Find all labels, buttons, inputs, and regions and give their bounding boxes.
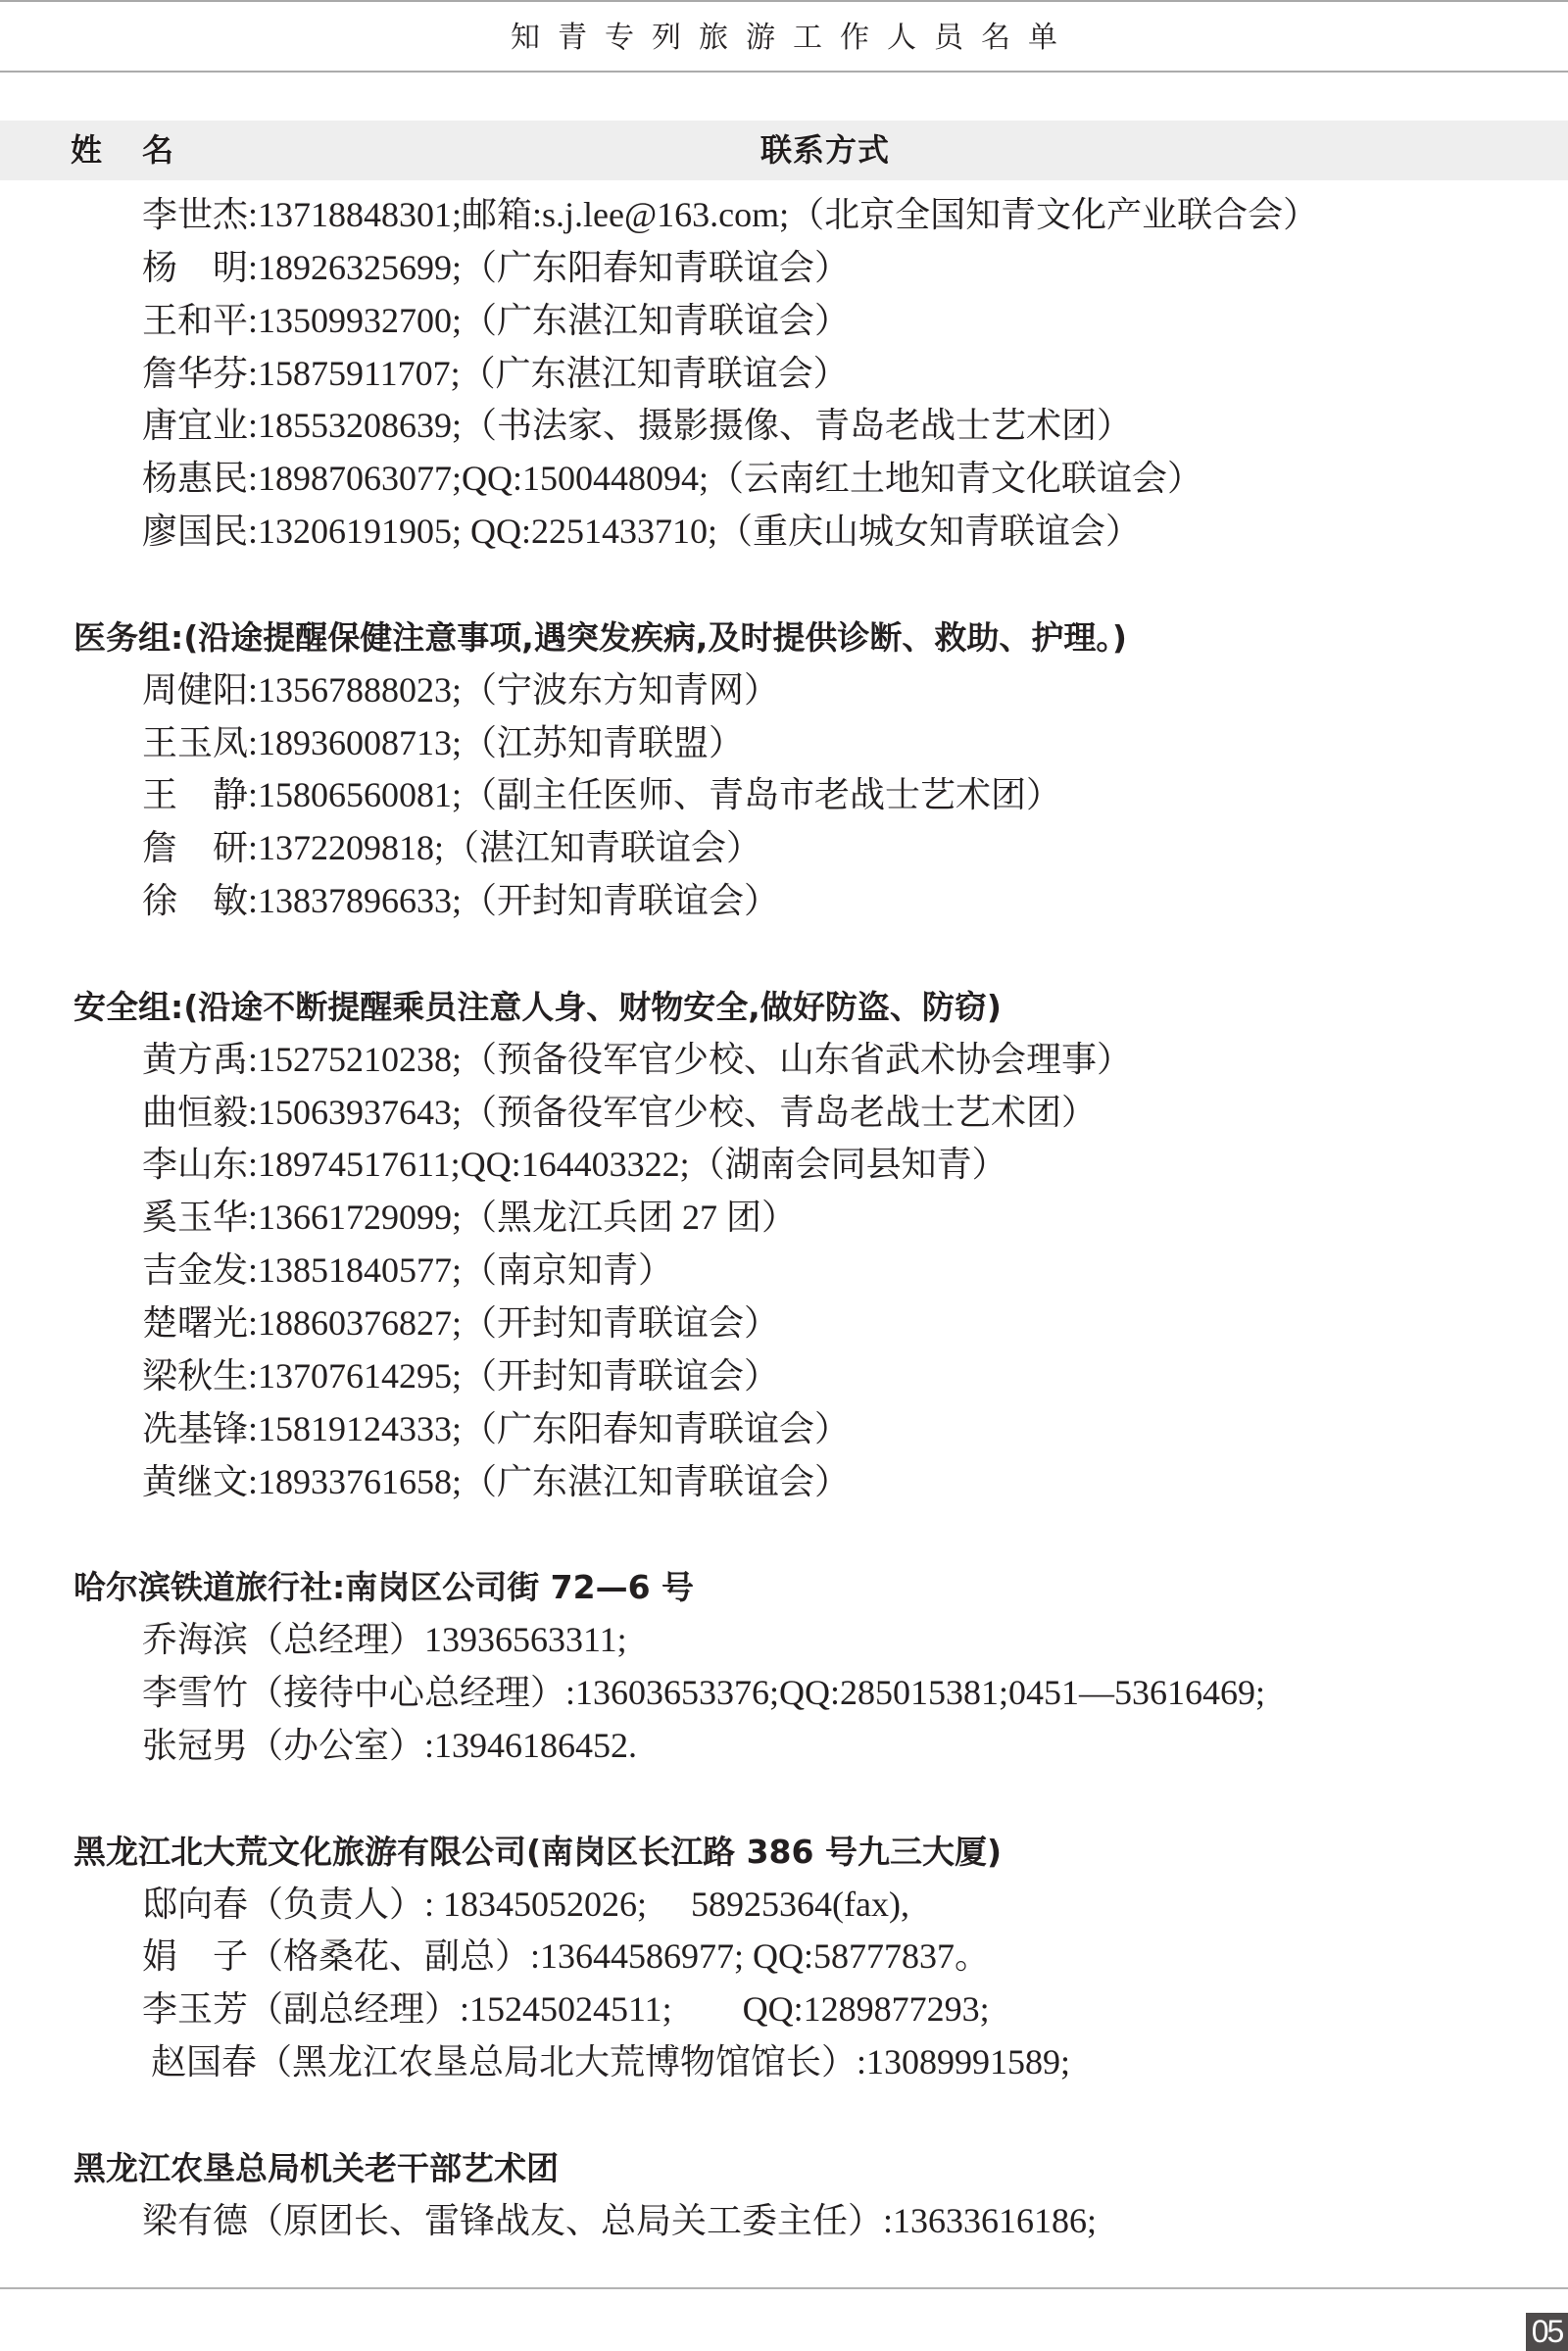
page-title: 知青专列旅游工作人员名单: [0, 19, 1568, 58]
section-spacer: [0, 1773, 1568, 1826]
column-header-name-char-2: 名: [142, 121, 173, 180]
contact-entry: 李世杰:13718848301;邮箱:s.j.lee@163.com;（北京全国…: [0, 189, 1568, 242]
contact-entry: 吉金发:13851840577;（南京知青）: [0, 1245, 1568, 1298]
contact-entry: 张冠男（办公室）:13946186452.: [0, 1720, 1568, 1773]
contact-entry: 奚玉华:13661729099;（黑龙江兵团 27 团）: [0, 1192, 1568, 1245]
top-rule: [0, 0, 1568, 2]
section-heading: 哈尔滨铁道旅行社:南岗区公司街 72—6 号: [0, 1561, 1568, 1614]
contact-entry: 黄继文:18933761658;（广东湛江知青联谊会）: [0, 1456, 1568, 1509]
section-heading: 医务组:(沿途提醒保健注意事项,遇突发疾病,及时提供诊断、救助、护理。): [0, 612, 1568, 664]
contact-entry: 梁秋生:13707614295;（开封知青联谊会）: [0, 1350, 1568, 1403]
section-beidahuang-company: 黑龙江北大荒文化旅游有限公司(南岗区长江路 386 号九三大厦) 邸向春（负责人…: [0, 1826, 1568, 2089]
section-harbin-travel-agency: 哈尔滨铁道旅行社:南岗区公司街 72—6 号 乔海滨（总经理）139365633…: [0, 1561, 1568, 1772]
contact-entry: 冼基锋:15819124333;（广东阳春知青联谊会）: [0, 1403, 1568, 1456]
section-spacer: [0, 2089, 1568, 2142]
contact-entry: 邸向春（负责人）: 18345052026; 58925364(fax),: [0, 1879, 1568, 1932]
contact-entry: 王和平:13509932700;（广东湛江知青联谊会）: [0, 295, 1568, 348]
contact-entry: 娟 子（格桑花、副总）:13644586977; QQ:58777837。: [0, 1931, 1568, 1984]
contact-entry: 詹华芬:15875911707;（广东湛江知青联谊会）: [0, 348, 1568, 401]
contact-list: 李世杰:13718848301;邮箱:s.j.lee@163.com;（北京全国…: [0, 189, 1568, 2248]
contact-entry: 赵国春（黑龙江农垦总局北大荒博物馆馆长）:13089991589;: [0, 2036, 1568, 2089]
section-heading: 黑龙江农垦总局机关老干部艺术团: [0, 2142, 1568, 2195]
contact-entry: 詹 研:1372209818;（湛江知青联谊会）: [0, 822, 1568, 875]
contact-entry: 李山东:18974517611;QQ:164403322;（湖南会同县知青）: [0, 1139, 1568, 1192]
contact-entry: 黄方禹:15275210238;（预备役军官少校、山东省武术协会理事）: [0, 1034, 1568, 1087]
section-spacer: [0, 928, 1568, 981]
contact-entry: 曲恒毅:15063937643;（预备役军官少校、青岛老战士艺术团）: [0, 1087, 1568, 1140]
section-general-staff: 李世杰:13718848301;邮箱:s.j.lee@163.com;（北京全国…: [0, 189, 1568, 559]
section-heading: 安全组:(沿途不断提醒乘员注意人身、财物安全,做好防盗、防窃): [0, 981, 1568, 1034]
section-spacer: [0, 1508, 1568, 1561]
title-rule: [0, 71, 1568, 73]
contact-entry: 李雪竹（接待中心总经理）:13603653376;QQ:285015381;04…: [0, 1667, 1568, 1720]
section-security-group: 安全组:(沿途不断提醒乘员注意人身、财物安全,做好防盗、防窃) 黄方禹:1527…: [0, 981, 1568, 1509]
contact-entry: 杨 明:18926325699;（广东阳春知青联谊会）: [0, 242, 1568, 295]
column-header-name-char-1: 姓: [71, 121, 102, 180]
contact-entry: 王玉凤:18936008713;（江苏知青联盟）: [0, 717, 1568, 770]
contact-entry: 王 静:15806560081;（副主任医师、青岛市老战士艺术团）: [0, 769, 1568, 822]
section-heading: 黑龙江北大荒文化旅游有限公司(南岗区长江路 386 号九三大厦): [0, 1826, 1568, 1879]
column-header-contact: 联系方式: [760, 121, 890, 180]
contact-entry: 梁有德（原团长、雷锋战友、总局关工委主任）:13633616186;: [0, 2195, 1568, 2248]
contact-entry: 乔海滨（总经理）13936563311;: [0, 1614, 1568, 1667]
contact-entry: 李玉芳（副总经理）:15245024511; QQ:1289877293;: [0, 1984, 1568, 2036]
contact-entry: 楚曙光:18860376827;（开封知青联谊会）: [0, 1298, 1568, 1350]
contact-entry: 廖国民:13206191905; QQ:2251433710;（重庆山城女知青联…: [0, 506, 1568, 559]
section-medical-group: 医务组:(沿途提醒保健注意事项,遇突发疾病,及时提供诊断、救助、护理。) 周健阳…: [0, 612, 1568, 928]
page-number-badge: 05: [1526, 2313, 1568, 2351]
section-art-troupe: 黑龙江农垦总局机关老干部艺术团 梁有德（原团长、雷锋战友、总局关工委主任）:13…: [0, 2142, 1568, 2248]
contact-entry: 唐宜业:18553208639;（书法家、摄影摄像、青岛老战士艺术团）: [0, 400, 1568, 453]
section-spacer: [0, 559, 1568, 612]
footer-rule: [0, 2287, 1568, 2289]
contact-entry: 徐 敏:13837896633;（开封知青联谊会）: [0, 875, 1568, 928]
contact-entry: 杨惠民:18987063077;QQ:1500448094;（云南红土地知青文化…: [0, 453, 1568, 506]
contact-entry: 周健阳:13567888023;（宁波东方知青网）: [0, 664, 1568, 717]
column-header-band: 姓 名 联系方式: [0, 121, 1568, 180]
